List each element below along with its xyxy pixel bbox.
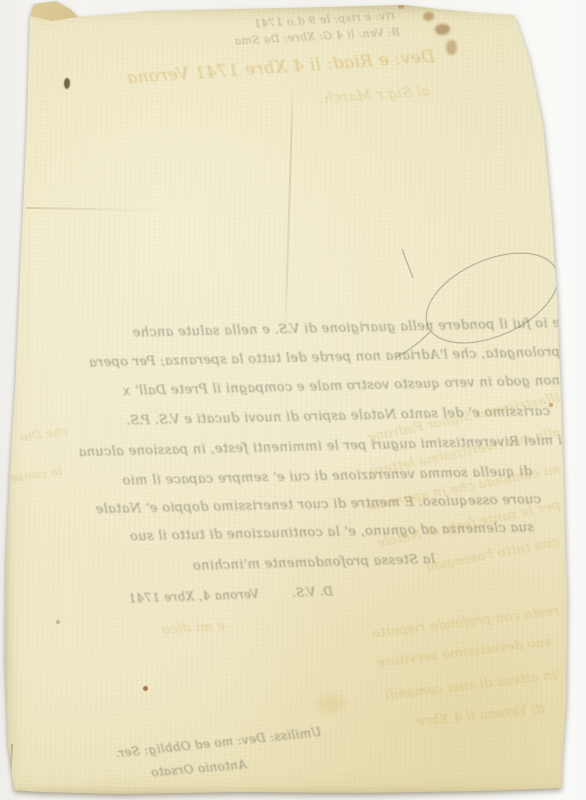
signature-line-1: Umiliss: Dev: mo ed Obblig: Ser.	[70, 725, 322, 765]
ink-speck	[56, 620, 60, 624]
ghost-line: e mi dico	[45, 619, 226, 643]
vertical-crease	[284, 86, 294, 336]
body-line: e io fui il pondere nella guarigione di …	[22, 316, 560, 343]
ghost-line: di Verona li 4 Xbre	[345, 702, 545, 738]
dateline: D. V.S. Verona 4, Xbre 1741	[128, 584, 333, 605]
stain	[398, 4, 404, 9]
paper-sheet: riv: e risp: le 9 d.o 1741 B: Ven: li 4 …	[0, 0, 586, 800]
ghost-header-line-1: Dev: e Riad: li 4 Xbre 1741 Verona	[115, 47, 436, 89]
body-line: prolongata, che l'Adriana non perde del …	[20, 345, 560, 372]
body-closing-line: la Stessa profondamente m'inchino	[150, 552, 435, 575]
stain	[452, 2, 461, 9]
ink-speck	[143, 686, 148, 691]
horizontal-crease-left	[26, 207, 161, 211]
ghost-line: che Dio	[5, 424, 68, 446]
folded-corner-stain	[0, 2, 15, 24]
dateline-salutation: D. V.S.	[292, 584, 333, 599]
stain	[423, 12, 434, 21]
dateline-place-date: Verona 4, Xbre 1741	[128, 587, 259, 606]
ghost-header-line-2: al Sig.r March.	[300, 83, 431, 108]
stain	[446, 40, 457, 55]
signature-line-2: Antonio Orsato	[115, 757, 248, 782]
body-line: cuore ossequioso. E mentre di cuor tener…	[25, 492, 541, 519]
ink-speck	[64, 78, 70, 89]
paper-surface: riv: e risp: le 9 d.o 1741 B: Ven: li 4 …	[0, 0, 586, 800]
scanner-background: riv: e risp: le 9 d.o 1741 B: Ven: li 4 …	[0, 0, 586, 800]
bottom-left-crease	[9, 744, 13, 790]
stain	[435, 24, 450, 35]
body-line: non godo in vero questo vostro male e co…	[16, 373, 560, 401]
folded-corner-flap	[26, 0, 84, 24]
